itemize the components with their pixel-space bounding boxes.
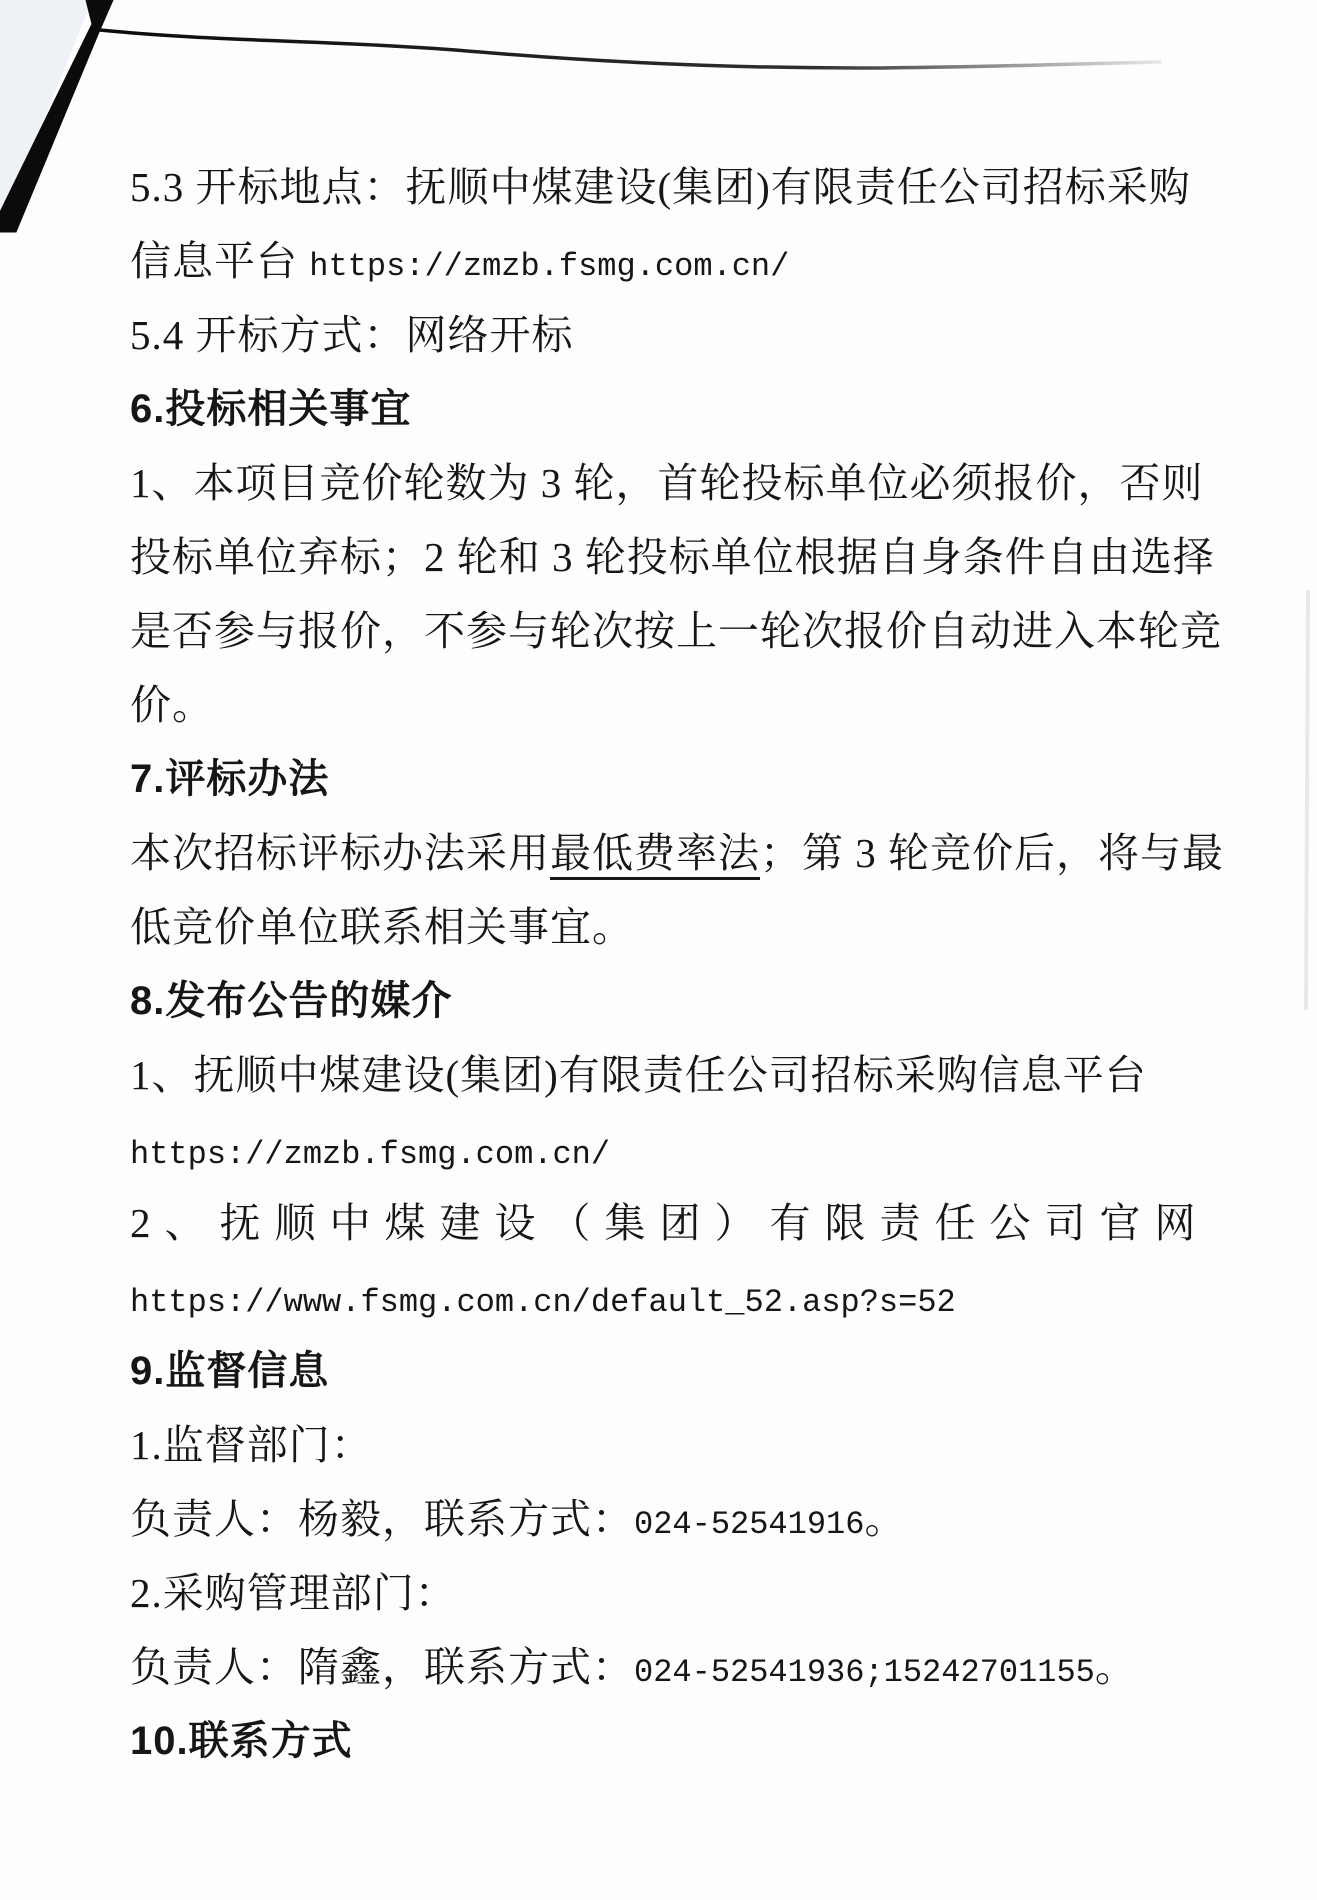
line-supervision-dept: 1.监督部门： bbox=[130, 1408, 1240, 1482]
heading-announcement-media-text: 8.发布公告的媒介 bbox=[130, 979, 452, 1023]
procurement-dept-text: 2.采购管理部门： bbox=[130, 1570, 457, 1616]
heading-evaluation-method-text: 7.评标办法 bbox=[130, 757, 329, 801]
page-top-edge-line bbox=[100, 30, 1160, 68]
line-procurement-dept: 2.采购管理部门： bbox=[130, 1556, 1240, 1630]
line-media-1: 1、抚顺中煤建设(集团)有限责任公司招标采购信息平台 bbox=[130, 1038, 1240, 1112]
media-1-url: https://zmzb.fsmg.com.cn/ bbox=[130, 1136, 610, 1173]
line-evaluation-1: 本次招标评标办法采用最低费率法；第 3 轮竞价后，将与最 bbox=[130, 816, 1240, 890]
line-supervision-contact: 负责人：杨毅，联系方式：024-52541916。 bbox=[130, 1482, 1240, 1556]
supervision-dept-text: 1.监督部门： bbox=[130, 1422, 373, 1468]
line-bid-rounds-4: 价。 bbox=[130, 668, 1240, 742]
media-2-text: 2、抚顺中煤建设（集团）有限责任公司官网 bbox=[130, 1200, 1210, 1246]
heading-announcement-media: 8.发布公告的媒介 bbox=[130, 964, 1240, 1038]
evaluation-text-2: 低竞价单位联系相关事宜。 bbox=[130, 904, 634, 950]
heading-bidding-matters-text: 6.投标相关事宜 bbox=[130, 387, 411, 431]
line-bid-rounds-3: 是否参与报价，不参与轮次按上一轮次报价自动进入本轮竞 bbox=[130, 594, 1240, 668]
heading-contact-info-text: 10.联系方式 bbox=[130, 1719, 353, 1763]
lowest-rate-method-underlined: 最低费率法 bbox=[550, 830, 760, 880]
heading-evaluation-method: 7.评标办法 bbox=[130, 742, 1240, 816]
corner-tint-area bbox=[0, 0, 92, 228]
heading-supervision-info-text: 9.监督信息 bbox=[130, 1349, 329, 1393]
heading-contact-info: 10.联系方式 bbox=[130, 1704, 1240, 1778]
procurement-contact-period: 。 bbox=[1095, 1644, 1137, 1690]
supervision-phone: 024-52541916 bbox=[634, 1506, 864, 1543]
line-media-2-url: https://www.fsmg.com.cn/default_52.asp?s… bbox=[130, 1260, 1240, 1334]
line-open-bid-location-2: 信息平台 https://zmzb.fsmg.com.cn/ bbox=[130, 224, 1240, 298]
line-procurement-contact: 负责人：隋鑫，联系方式：024-52541936;15242701155。 bbox=[130, 1630, 1240, 1704]
evaluation-text-pre: 本次招标评标办法采用 bbox=[130, 830, 550, 876]
open-bid-method-text: 5.4 开标方式：网络开标 bbox=[130, 312, 574, 358]
supervision-contact-period: 。 bbox=[864, 1496, 906, 1542]
document-content: 5.3 开标地点：抚顺中煤建设(集团)有限责任公司招标采购 信息平台 https… bbox=[130, 150, 1240, 1778]
open-bid-location-text-2: 信息平台 bbox=[130, 238, 309, 284]
page-right-edge-shadow bbox=[1306, 590, 1308, 1010]
line-open-bid-method: 5.4 开标方式：网络开标 bbox=[130, 298, 1240, 372]
corner-fold-mark bbox=[0, 0, 113, 232]
supervision-contact-text: 负责人：杨毅，联系方式： bbox=[130, 1496, 634, 1542]
bid-rounds-text-2: 投标单位弃标；2 轮和 3 轮投标单位根据自身条件自由选择 bbox=[130, 534, 1215, 580]
media-1-text: 1、抚顺中煤建设(集团)有限责任公司招标采购信息平台 bbox=[130, 1052, 1147, 1098]
line-open-bid-location-1: 5.3 开标地点：抚顺中煤建设(集团)有限责任公司招标采购 bbox=[130, 150, 1240, 224]
bid-rounds-text-3: 是否参与报价，不参与轮次按上一轮次报价自动进入本轮竞 bbox=[130, 608, 1222, 654]
procurement-contact-text: 负责人：隋鑫，联系方式： bbox=[130, 1644, 634, 1690]
bid-rounds-text-1: 1、本项目竞价轮数为 3 轮，首轮投标单位必须报价，否则 bbox=[130, 460, 1204, 506]
bid-rounds-text-4: 价。 bbox=[130, 682, 214, 728]
bidding-platform-url: https://zmzb.fsmg.com.cn/ bbox=[309, 248, 789, 285]
line-bid-rounds-2: 投标单位弃标；2 轮和 3 轮投标单位根据自身条件自由选择 bbox=[130, 520, 1240, 594]
line-media-2: 2、抚顺中煤建设（集团）有限责任公司官网 bbox=[130, 1186, 1240, 1260]
media-2-url: https://www.fsmg.com.cn/default_52.asp?s… bbox=[130, 1284, 956, 1321]
heading-bidding-matters: 6.投标相关事宜 bbox=[130, 372, 1240, 446]
line-evaluation-2: 低竞价单位联系相关事宜。 bbox=[130, 890, 1240, 964]
evaluation-text-post: ；第 3 轮竞价后，将与最 bbox=[760, 830, 1224, 876]
line-media-1-url: https://zmzb.fsmg.com.cn/ bbox=[130, 1112, 1240, 1186]
procurement-phones: 024-52541936;15242701155 bbox=[634, 1654, 1095, 1691]
open-bid-location-text-1: 5.3 开标地点：抚顺中煤建设(集团)有限责任公司招标采购 bbox=[130, 164, 1191, 210]
line-bid-rounds-1: 1、本项目竞价轮数为 3 轮，首轮投标单位必须报价，否则 bbox=[130, 446, 1240, 520]
heading-supervision-info: 9.监督信息 bbox=[130, 1334, 1240, 1408]
